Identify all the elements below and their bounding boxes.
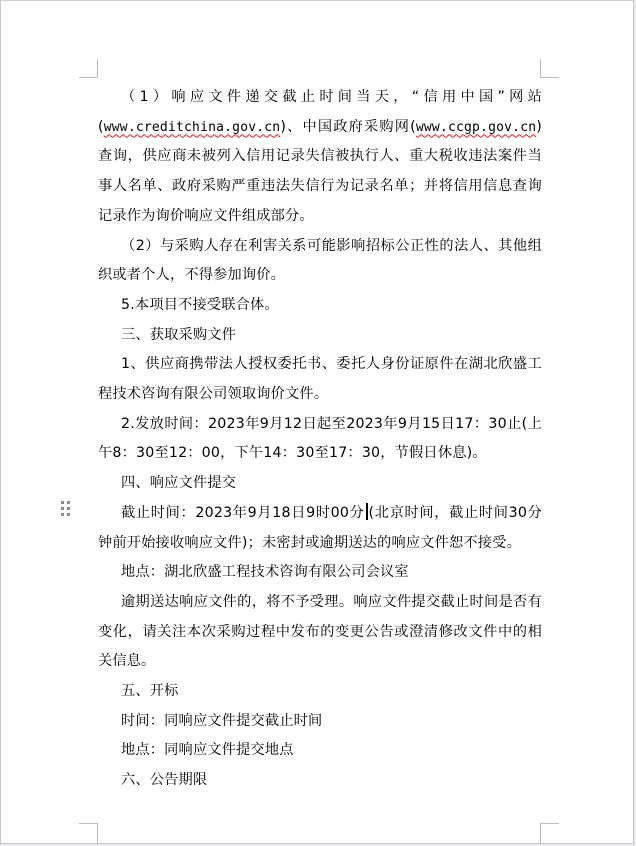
paragraph-obtain-method[interactable]: 1、供应商携带法人授权委托书、委托人身份证原件在湖北欣盛工程技术咨询有限公司领取… bbox=[98, 350, 542, 409]
paragraph-drag-handle-icon[interactable] bbox=[61, 501, 71, 517]
spellcheck-link-text[interactable]: www.ccgp.gov.cn bbox=[416, 120, 536, 135]
document-body[interactable]: （1）响应文件递交截止时间当天，“信用中国”网站(www.creditchina… bbox=[98, 83, 542, 796]
text-cursor bbox=[366, 503, 368, 520]
paragraph-credit-check[interactable]: （1）响应文件递交截止时间当天，“信用中国”网站(www.creditchina… bbox=[98, 83, 542, 232]
heading-obtain-documents[interactable]: 三、获取采购文件 bbox=[98, 321, 542, 351]
paragraph-no-consortium[interactable]: 5.本项目不接受联合体。 bbox=[98, 291, 542, 321]
spellcheck-link-text[interactable]: www.creditchina.gov.cn bbox=[104, 120, 281, 135]
paragraph-late-submission[interactable]: 逾期送达响应文件的，将不予受理。响应文件提交截止时间是否有变化，请关注本次采购过… bbox=[98, 588, 542, 677]
margin-marker-bottom-right bbox=[540, 823, 559, 844]
paragraph-issue-time[interactable]: 2.发放时间：2023年9月12日起至2023年9月15日17：30止(上午8：… bbox=[98, 410, 542, 469]
document-page[interactable]: （1）响应文件递交截止时间当天，“信用中国”网站(www.creditchina… bbox=[0, 0, 634, 844]
paragraph-conflict-interest[interactable]: （2）与采购人存在利害关系可能影响招标公正性的法人、其他组织或者个人，不得参加询… bbox=[98, 232, 542, 291]
margin-marker-bottom-left bbox=[79, 823, 98, 844]
paragraph-opening-time[interactable]: 时间：同响应文件提交截止时间 bbox=[98, 707, 542, 737]
paragraph-text: （1）响应文件递交截止时间当天，“信用中国”网站 bbox=[121, 89, 542, 105]
heading-submission[interactable]: 四、响应文件提交 bbox=[98, 469, 542, 499]
paragraph-deadline[interactable]: 截止时间：2023年9月18日9时00分(北京时间，截止时间30分钟前开始接收响… bbox=[98, 499, 542, 558]
paragraph-opening-location[interactable]: 地点：同响应文件提交地点 bbox=[98, 736, 542, 766]
heading-bid-opening[interactable]: 五、开标 bbox=[98, 677, 542, 707]
margin-marker-top-left bbox=[79, 59, 98, 78]
paragraph-text: 截止时间：2023年9月18日9时00分 bbox=[121, 505, 365, 521]
heading-announcement-period[interactable]: 六、公告期限 bbox=[98, 766, 542, 796]
paragraph-text: )、中国政府采购网( bbox=[280, 119, 416, 135]
paragraph-location[interactable]: 地点：湖北欣盛工程技术咨询有限公司会议室 bbox=[98, 558, 542, 588]
margin-marker-top-right bbox=[540, 59, 559, 78]
